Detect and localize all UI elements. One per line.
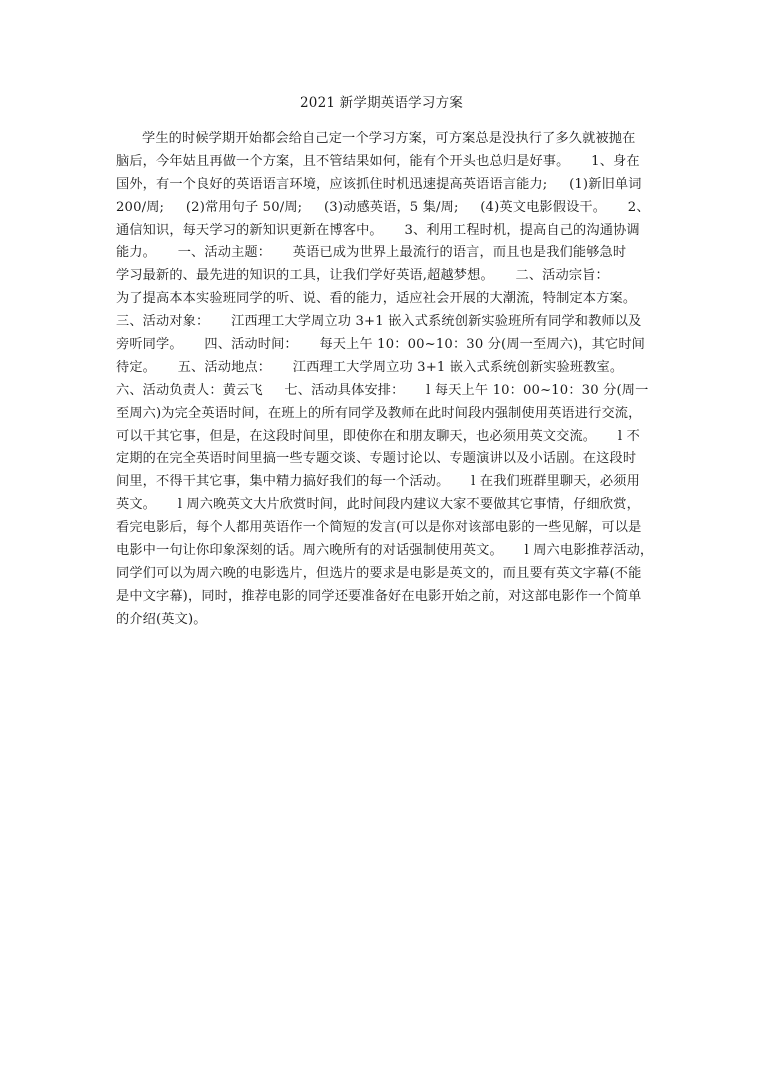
paragraph-line: 定期的在完全英语时间里搞一些专题交谈、专题讨论以、专题演讲以及小话剧。在这段时: [116, 448, 652, 471]
paragraph-line: 间里，不得干其它事，集中精力搞好我们的每一个活动。 l 在我们班群里聊天，必须用: [116, 471, 652, 494]
document-title: 2021 新学期英语学习方案: [0, 94, 763, 112]
paragraph-line: 可以干其它事，但是，在这段时间里，即使你在和朋友聊天，也必须用英文交流。 l 不: [116, 426, 652, 449]
paragraph-line: 至周六)为完全英语时间，在班上的所有同学及教师在此时间段内强制使用英语进行交流，: [116, 403, 652, 426]
paragraph-line: 为了提高本本实验班同学的听、说、看的能力，适应社会开展的大潮流，特制定本方案。: [116, 288, 652, 311]
paragraph-line: 200/周; (2)常用句子 50/周; (3)动感英语，5 集/周; (4)英…: [116, 197, 652, 220]
paragraph-line: 学习最新的、最先进的知识的工具，让我们学好英语,超越梦想。 二、活动宗旨：: [116, 265, 652, 288]
paragraph-line: 脑后，今年姑且再做一个方案，且不管结果如何，能有个开头也总归是好事。 1、身在: [116, 151, 652, 174]
document-page: 2021 新学期英语学习方案 学生的时候学期开始都会给自己定一个学习方案，可方案…: [0, 0, 763, 1080]
paragraph-line: 旁听同学。 四、活动时间： 每天上午 10：00~10：30 分(周一至周六)，…: [116, 334, 652, 357]
paragraph-line: 电影中一句让你印象深刻的话。周六晚所有的对话强制使用英文。 l 周六电影推荐活动…: [116, 540, 652, 563]
paragraph-line: 看完电影后，每个人都用英语作一个简短的发言(可以是你对该部电影的一些见解，可以是: [116, 517, 652, 540]
paragraph-line: 同学们可以为周六晚的电影选片，但选片的要求是电影是英文的，而且要有英文字幕(不能: [116, 563, 652, 586]
paragraph-line: 待定。 五、活动地点： 江西理工大学周立功 3+1 嵌入式系统创新实验班教室。: [116, 357, 652, 380]
paragraph-line: 三、活动对象： 江西理工大学周立功 3+1 嵌入式系统创新实验班所有同学和教师以…: [116, 311, 652, 334]
paragraph-line: 英文。 l 周六晚英文大片欣赏时间，此时间段内建议大家不要做其它事情，仔细欣赏，: [116, 494, 652, 517]
paragraph-line: 的介绍(英文)。: [116, 609, 652, 632]
paragraph-line: 六、活动负责人：黄云飞 七、活动具体安排： l 每天上午 10：00~10：30…: [116, 380, 652, 403]
paragraph-line: 是中文字幕)，同时，推荐电影的同学还要准备好在电影开始之前，对这部电影作一个简单: [116, 586, 652, 609]
paragraph-line: 通信知识，每天学习的新知识更新在博客中。 3、利用工程时机，提高自己的沟通协调: [116, 220, 652, 243]
paragraph-line: 学生的时候学期开始都会给自己定一个学习方案，可方案总是没执行了多久就被抛在: [116, 128, 652, 151]
paragraph-line: 国外，有一个良好的英语语言环境，应该抓住时机迅速提高英语语言能力; (1)新旧单…: [116, 174, 652, 197]
document-body: 学生的时候学期开始都会给自己定一个学习方案，可方案总是没执行了多久就被抛在 脑后…: [116, 128, 652, 632]
paragraph-line: 能力。 一、活动主题： 英语已成为世界上最流行的语言，而且也是我们能够急时: [116, 242, 652, 265]
